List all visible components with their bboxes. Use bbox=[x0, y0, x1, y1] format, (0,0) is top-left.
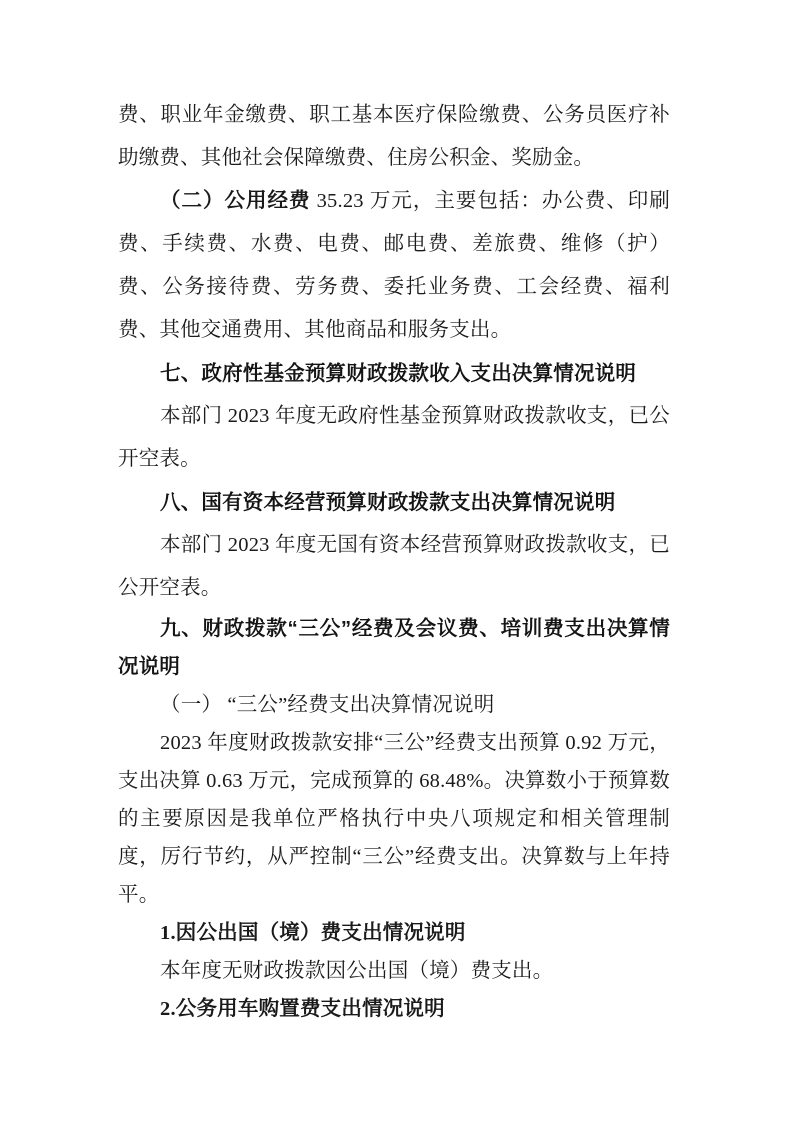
para-sangong-expense-detail: 2023 年度财政拨款安排“三公”经费支出预算 0.92 万元，支出决算 0.6… bbox=[118, 724, 670, 914]
heading-section-8-state-capital-budget: 八、国有资本经营预算财政拨款支出决算情况说明 bbox=[118, 481, 670, 524]
heading-section-9-sangong-expenses: 九、财政拨款“三公”经费及会议费、培训费支出决算情况说明 bbox=[118, 610, 670, 686]
para-section-8-body: 本部门 2023 年度无国有资本经营预算财政拨款收支，已公开空表。 bbox=[118, 524, 670, 610]
para-public-expense-lead: （二）公用经费 bbox=[160, 190, 310, 212]
heading-section-7-gov-fund-budget: 七、政府性基金预算财政拨款收入支出决算情况说明 bbox=[118, 352, 670, 395]
item-2-vehicle-purchase-heading: 2.公务用车购置费支出情况说明 bbox=[118, 990, 670, 1028]
item-1-overseas-travel-heading: 1.因公出国（境）费支出情况说明 bbox=[118, 914, 670, 952]
para-section-7-body: 本部门 2023 年度无政府性基金预算财政拨款收支，已公开空表。 bbox=[118, 395, 670, 481]
document-page: 费、职业年金缴费、职工基本医疗保险缴费、公务员医疗补助缴费、其他社会保障缴费、住… bbox=[0, 0, 792, 1121]
para-social-insurance-continuation: 费、职业年金缴费、职工基本医疗保险缴费、公务员医疗补助缴费、其他社会保障缴费、住… bbox=[118, 94, 670, 180]
para-public-expense: （二）公用经费 35.23 万元，主要包括：办公费、印刷费、手续费、水费、电费、… bbox=[118, 180, 670, 352]
document-body: 费、职业年金缴费、职工基本医疗保险缴费、公务员医疗补助缴费、其他社会保障缴费、住… bbox=[0, 0, 792, 1028]
subheading-sangong-expense-summary: （一） “三公”经费支出决算情况说明 bbox=[118, 686, 670, 724]
para-overseas-travel-body: 本年度无财政拨款因公出国（境）费支出。 bbox=[118, 952, 670, 990]
para-public-expense-rest: 35.23 万元，主要包括：办公费、印刷费、手续费、水费、电费、邮电费、差旅费、… bbox=[118, 190, 670, 341]
